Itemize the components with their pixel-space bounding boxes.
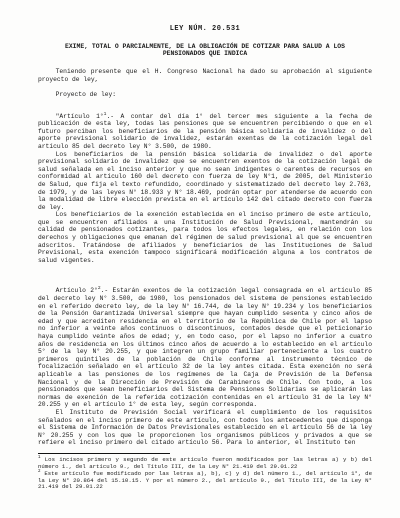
article-1-third-paragraph: Los beneficiarios de la exención estable… <box>38 211 372 264</box>
article-2-paragraph: Artículo 2°2.- Estarán exentos de la cot… <box>38 287 372 409</box>
law-subject-title: EXIME, TOTAL O PARCIALMENTE, DE LA OBLIG… <box>44 43 366 59</box>
article-1-lead: "Artículo 1° <box>56 113 104 120</box>
footnote-1-text: Los incisos primero y segundo de este ar… <box>38 456 372 470</box>
footnote-separator-line <box>38 453 170 454</box>
article-1-second-paragraph: Los beneficiarios de la pensión básica s… <box>38 151 372 212</box>
article-2-text: .- Estarán exentos de la cotización lega… <box>38 287 372 408</box>
footnote-1-marker: 1 <box>38 456 41 460</box>
article-1-paragraph: "Artículo 1°1.- A contar del día 1° del … <box>38 113 372 151</box>
footnote-2: 2 Este artículo fue modificado por las l… <box>38 471 372 491</box>
law-number-title: LEY NÚM. 20.531 <box>38 26 372 34</box>
article-2-second-paragraph: El Instituto de Previsión Social verific… <box>38 409 372 447</box>
project-of-law-label: Proyecto de ley: <box>38 91 372 99</box>
article-2-lead: Artículo 2° <box>56 287 98 294</box>
intro-paragraph: Teniendo presente que el H. Congreso Nac… <box>38 68 372 83</box>
footnotes-section: 1 Los incisos primero y segundo de este … <box>38 453 372 491</box>
footnote-2-marker: 2 <box>38 470 41 474</box>
footnote-2-text: Este artículo fue modificado por las let… <box>38 470 372 490</box>
footnote-1: 1 Los incisos primero y segundo de este … <box>38 457 372 470</box>
document-page: LEY NÚM. 20.531 EXIME, TOTAL O PARCIALME… <box>0 0 400 518</box>
